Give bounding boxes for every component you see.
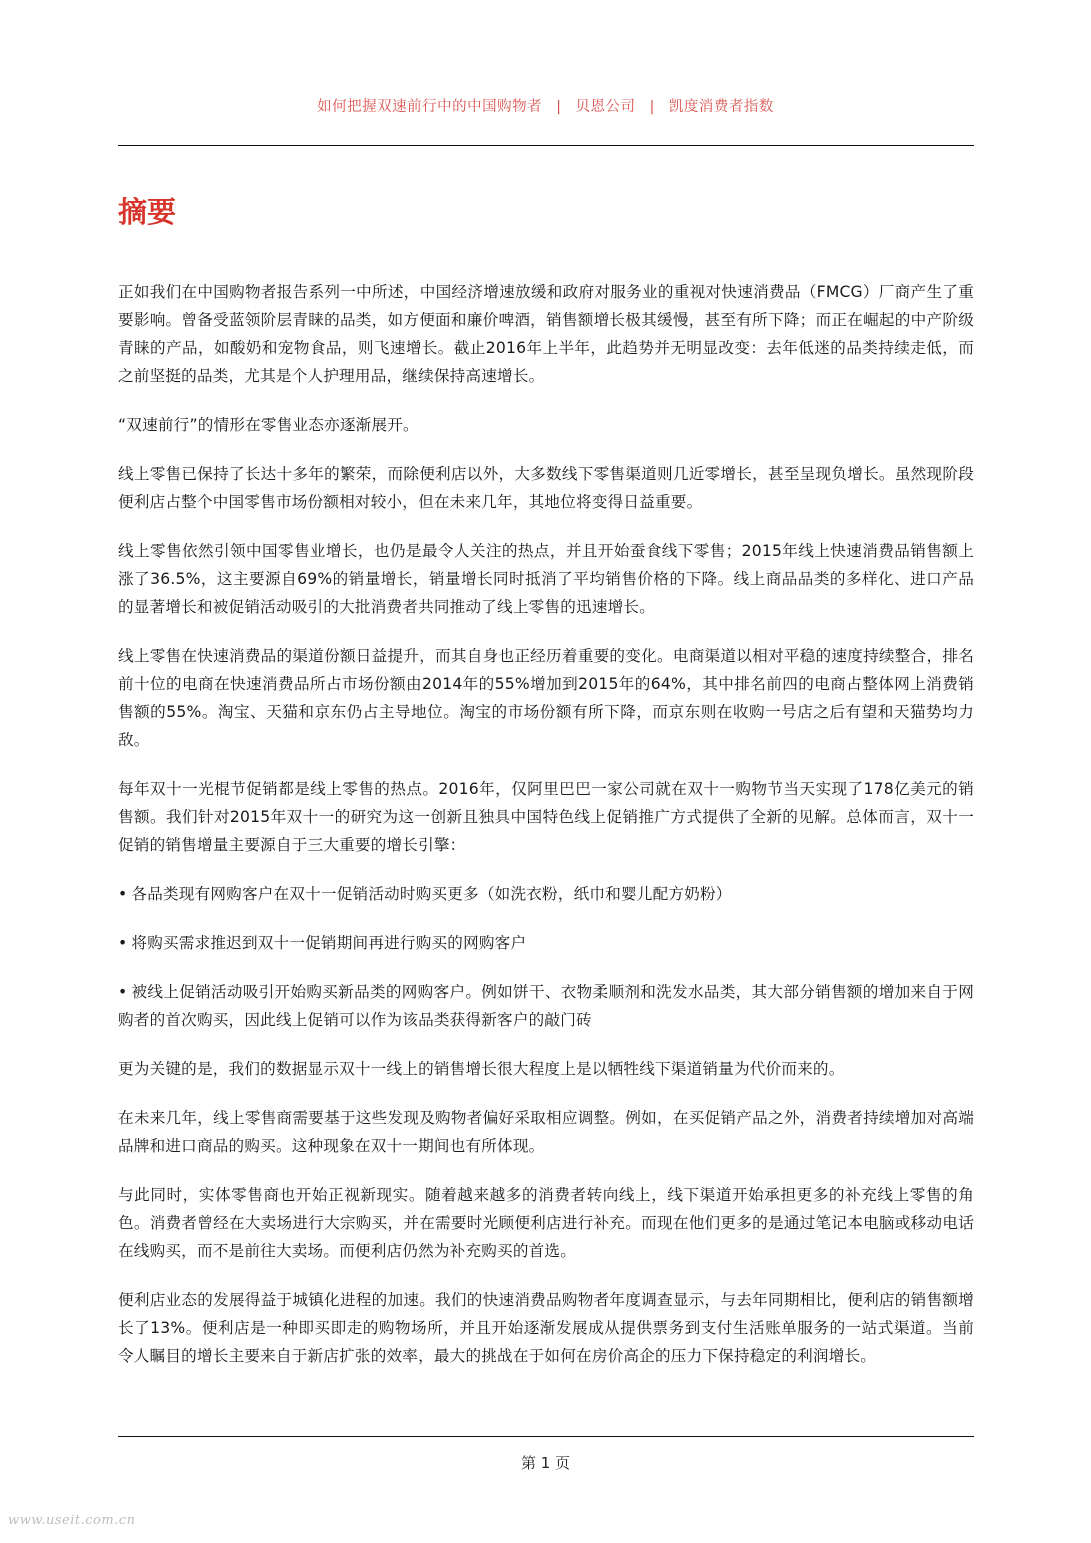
watermark: www.useit.com.cn: [8, 1513, 135, 1528]
paragraph: 线上零售已保持了长达十多年的繁荣，而除便利店以外，大多数线下零售渠道则几近零增长…: [118, 460, 974, 516]
bullet-icon: •: [118, 983, 127, 1001]
paragraph: 更为关键的是，我们的数据显示双十一线上的销售增长很大程度上是以牺牲线下渠道销量为…: [118, 1055, 974, 1083]
bullet-item: •将购买需求推迟到双十一促销期间再进行购买的网购客户: [118, 929, 974, 957]
bullet-text: 各品类现有网购客户在双十一促销活动时购买更多（如洗衣粉，纸巾和婴儿配方奶粉）: [131, 885, 731, 903]
paragraph: 线上零售依然引领中国零售业增长，也仍是最令人关注的热点，并且开始蚕食线下零售；2…: [118, 537, 974, 621]
section-title: 摘要: [118, 190, 176, 231]
header-divider: [118, 145, 974, 146]
paragraph: 正如我们在中国购物者报告系列一中所述，中国经济增速放缓和政府对服务业的重视对快速…: [118, 278, 974, 390]
header-partner: 凯度消费者指数: [669, 99, 774, 115]
bullet-text: 将购买需求推迟到双十一促销期间再进行购买的网购客户: [131, 934, 526, 952]
paragraph: 线上零售在快速消费品的渠道份额日益提升，而其自身也正经历着重要的变化。电商渠道以…: [118, 642, 974, 754]
bullet-item: •被线上促销活动吸引开始购买新品类的网购客户。例如饼干、衣物柔顺剂和洗发水品类，…: [118, 978, 974, 1034]
bullet-icon: •: [118, 934, 127, 952]
header-company: 贝恩公司: [576, 99, 636, 115]
paragraph: 与此同时，实体零售商也开始正视新现实。随着越来越多的消费者转向线上，线下渠道开始…: [118, 1181, 974, 1265]
header-separator: |: [650, 99, 655, 115]
page-number: 第 1 页: [0, 1452, 1091, 1473]
paragraph: 便利店业态的发展得益于城镇化进程的加速。我们的快速消费品购物者年度调查显示，与去…: [118, 1286, 974, 1370]
paragraph: 每年双十一光棍节促销都是线上零售的热点。2016年，仅阿里巴巴一家公司就在双十一…: [118, 775, 974, 859]
header-report-title: 如何把握双速前行中的中国购物者: [317, 99, 542, 115]
paragraph: 在未来几年，线上零售商需要基于这些发现及购物者偏好采取相应调整。例如，在买促销产…: [118, 1104, 974, 1160]
document-body: 正如我们在中国购物者报告系列一中所述，中国经济增速放缓和政府对服务业的重视对快速…: [118, 278, 974, 1391]
paragraph: “双速前行”的情形在零售业态亦逐渐展开。: [118, 411, 974, 439]
header-separator: |: [556, 99, 561, 115]
bullet-icon: •: [118, 885, 127, 903]
footer-divider: [118, 1436, 974, 1437]
bullet-item: •各品类现有网购客户在双十一促销活动时购买更多（如洗衣粉，纸巾和婴儿配方奶粉）: [118, 880, 974, 908]
running-header: 如何把握双速前行中的中国购物者|贝恩公司|凯度消费者指数: [0, 95, 1091, 116]
bullet-text: 被线上促销活动吸引开始购买新品类的网购客户。例如饼干、衣物柔顺剂和洗发水品类，其…: [118, 983, 974, 1029]
